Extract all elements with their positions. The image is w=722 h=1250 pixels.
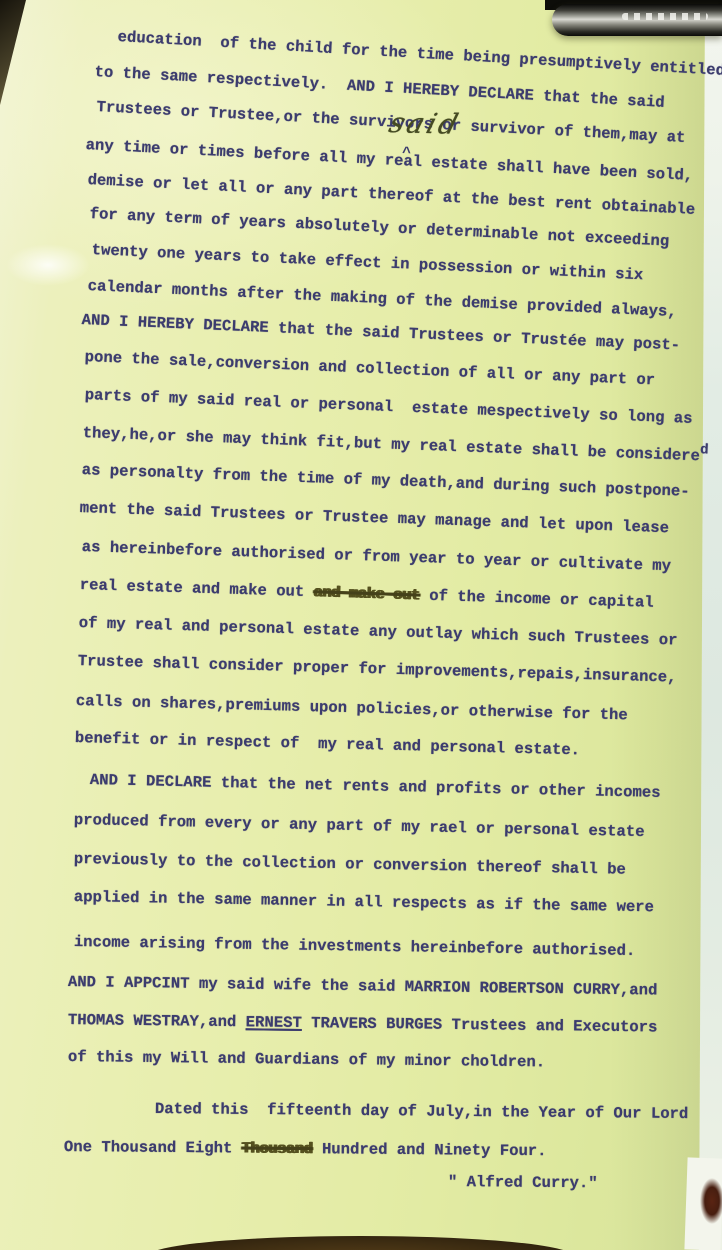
typewritten-text: benefit or in respect of my real and per… <box>75 729 581 759</box>
document-line: ment the said Trustees or Trustee may ma… <box>79 501 669 537</box>
typewritten-text: pone the sale,conversion and collection … <box>84 348 655 389</box>
typewritten-text: produced from every or any part of my ra… <box>74 811 645 841</box>
document-text: education of the child for the time bein… <box>0 0 722 1250</box>
typewritten-text: of the income or capital <box>420 587 654 612</box>
struck-text: Thousand <box>242 1140 313 1159</box>
typewritten-text: as personalty from the time of my death,… <box>81 461 690 501</box>
document-line: applied in the same manner in all respec… <box>74 890 654 916</box>
document-line: THOMAS WESTRAY,and ERNEST TRAVERS BURGES… <box>68 1013 658 1036</box>
underlined-name: ERNEST <box>246 1013 302 1032</box>
document-line: calls on shares,premiums upon policies,o… <box>76 694 628 724</box>
document-line: twenty one years to take effect in posse… <box>91 243 643 284</box>
document-line: benefit or in respect of my real and per… <box>75 731 581 759</box>
document-line: for any term of years absolutely or dete… <box>89 207 669 250</box>
typewritten-text: ment the said Trustees or Trustee may ma… <box>79 499 669 537</box>
caret-mark: ^ <box>402 146 412 161</box>
struck-text: and make out <box>313 583 420 604</box>
typewritten-text: parts of my said real or personal estate… <box>84 386 693 428</box>
document-line: pone the sale,conversion and collection … <box>84 350 655 389</box>
document-line: real estate and make out and make out of… <box>80 578 654 611</box>
document-line: One Thousand Eight Thousand Hundred and … <box>64 1140 547 1160</box>
document-line: they,he,or she may think fit,but my real… <box>82 426 708 465</box>
typewritten-text: twenty one years to take effect in posse… <box>91 241 643 284</box>
typewritten-text: AND I APPCINT my said wife the said MARR… <box>68 973 658 1000</box>
document-line: AND I APPCINT my said wife the said MARR… <box>68 975 658 999</box>
typewritten-text: applied in the same manner in all respec… <box>74 888 654 916</box>
document-line: previously to the collection or conversi… <box>74 852 626 878</box>
document-line: AND I HEREBY DECLARE that the said Trust… <box>81 313 680 354</box>
document-line: income arising from the investments here… <box>74 935 636 960</box>
document-line: produced from every or any part of my ra… <box>74 813 645 841</box>
typewritten-text: previously to the collection or conversi… <box>74 850 626 879</box>
typewritten-text: THOMAS WESTRAY,and <box>68 1011 246 1031</box>
document-line: as hereinbefore authorised or from year … <box>81 540 671 575</box>
typewritten-text: Dated this fifteenth day of July,in the … <box>155 1100 689 1123</box>
typewritten-text: they,he,or she may think fit,but my real… <box>82 424 700 465</box>
document-line: of my real and personal estate any outla… <box>79 616 678 649</box>
document-line: parts of my said real or personal estate… <box>84 388 692 427</box>
typewritten-text: One Thousand Eight <box>64 1138 242 1158</box>
document-line: " Alfred Curry." <box>448 1175 598 1192</box>
document-line: AND I DECLARE that the net rents and pro… <box>90 773 661 802</box>
typewritten-text: real estate and make out <box>80 576 314 601</box>
superscript-correction: d <box>700 442 709 458</box>
document-line: Trustee shall consider proper for improv… <box>78 654 677 686</box>
typewritten-text: TRAVERS BURGES Trustees and Executors <box>302 1014 658 1037</box>
handwritten-insertion: said <box>386 109 464 139</box>
typewritten-text: AND I HEREBY DECLARE that the said Trust… <box>81 311 680 354</box>
typewritten-text: income arising from the investments here… <box>74 933 636 960</box>
typewritten-text: calls on shares,premiums upon policies,o… <box>76 692 628 724</box>
typewritten-text: of this my Will and Guardians of my mino… <box>68 1048 545 1071</box>
typewritten-text: as hereinbefore authorised or from year … <box>81 538 671 575</box>
typewritten-text: of my real and personal estate any outla… <box>79 614 678 650</box>
document-line: Dated this fifteenth day of July,in the … <box>155 1102 689 1123</box>
document-line: of this my Will and Guardians of my mino… <box>68 1050 545 1071</box>
typewritten-text: " Alfred Curry." <box>448 1173 598 1192</box>
typewritten-text: Hundred and Ninety Four. <box>313 1140 547 1160</box>
typewritten-text: Trustee shall consider proper for improv… <box>78 652 677 687</box>
typewritten-text: AND I DECLARE that the net rents and pro… <box>90 771 661 802</box>
desk-dark-spot <box>700 1178 722 1224</box>
document-line: as personalty from the time of my death,… <box>81 463 689 500</box>
